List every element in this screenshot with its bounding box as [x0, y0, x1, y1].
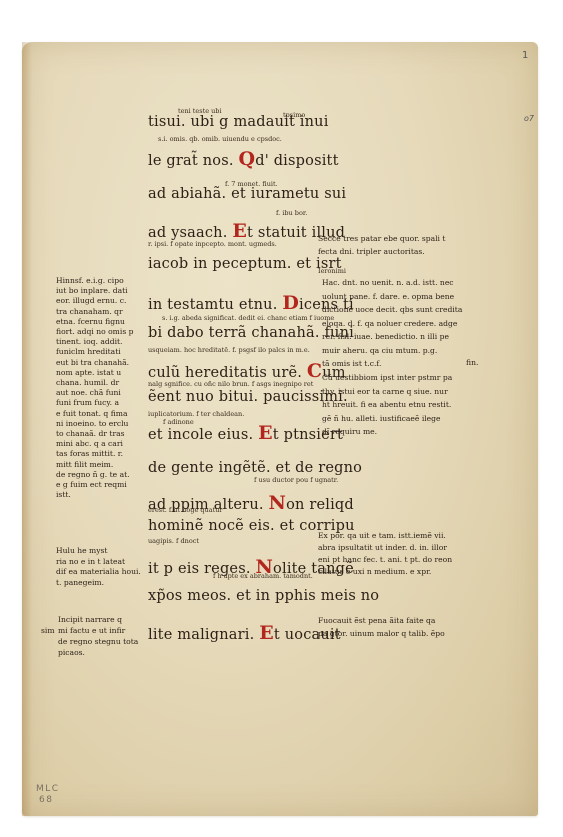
interlinear-gloss: nalg sgnifice. cu oñc nilo brun. f asgs …	[148, 380, 313, 388]
commentary-line: funi frum fucy. a	[56, 398, 134, 408]
commentary-line: tinent. ioq. addit.	[56, 337, 134, 347]
margin-word: fin.	[466, 358, 478, 367]
margin-word: sim	[41, 626, 55, 635]
commentary-line: gẽ ñ hu. alleti. iustificaeẽ ilege	[322, 412, 452, 426]
commentary-block: Hinnsf. e.i.g. cipo iut bo inplare. dati…	[56, 276, 134, 500]
shelfmark-line: MLC	[36, 784, 60, 795]
commentary-line: de regno stegnu tota	[58, 636, 138, 647]
commentary-line: Hinnsf. e.i.g. cipo	[56, 276, 134, 286]
rubricated-initial: E	[259, 622, 274, 644]
commentary-block: Fuocauit ẽst pena ãita faite qa pa gtor.…	[318, 614, 445, 640]
commentary-line: etna. fcernu fignu	[56, 317, 134, 327]
commentary-line: e g fuim ect reqmi	[56, 480, 134, 490]
interlinear-gloss: f usu ductor pou f ugnatr.	[254, 476, 344, 484]
commentary-line: cilatus e uxi n medium. e xpr.	[318, 566, 452, 578]
rubricated-initial: E	[232, 220, 247, 242]
commentary-line: mitt filit meim.	[56, 460, 134, 470]
commentary-line: fecta dni. tripler auctoritas.	[318, 245, 445, 258]
commentary-line: t. panegeim.	[56, 578, 141, 589]
interlinear-gloss: iuplicatorium. f ter chaldean.	[148, 410, 244, 418]
text-line: xp̃os meos. et in pphis meis no	[148, 588, 379, 604]
interlinear-gloss: usqueiam. hoc hreditatē. f. psgsf ilo pa…	[148, 346, 338, 354]
commentary-line: eut bi tra chanahã.	[56, 358, 134, 368]
shelfmark: MLC 68	[36, 784, 60, 806]
interlinear-gloss: s.i. omis. qb. omib. uiuendu e cpsdoc.	[158, 135, 282, 143]
interlinear-gloss: s. i.g. abeda significat. dedit ei. chan…	[162, 314, 334, 322]
text-segment: le grat̃ nos.	[148, 153, 238, 169]
text-line: et incole eius. Et ptnsiert	[148, 422, 343, 444]
commentary-line: Hac. dnt. no uenit. n. a.d. istt. nec	[322, 276, 462, 290]
interlinear-gloss: f. ibu bor.	[276, 209, 307, 217]
interlinear-gloss: erest. f ut noge quatur	[148, 506, 223, 514]
commentary-line: nom apte. istat u	[56, 368, 134, 378]
text-line: ad ysaach. Et statuit illud	[148, 220, 345, 242]
shelfmark-line: 68	[36, 795, 60, 806]
text-line: lite malignari. Et uocauit	[148, 622, 341, 644]
commentary-line: istt.	[56, 490, 134, 500]
commentary-block: Hac. dnt. no uenit. n. a.d. istt. nec uo…	[322, 276, 462, 371]
commentary-line: ni inoeino. to erclu	[56, 419, 134, 429]
text-segment: on reliqd	[286, 497, 354, 513]
commentary-line: ria no e in t lateat	[56, 557, 141, 568]
commentary-line: abra ipsultatit ut inder. d. in. illor	[318, 542, 452, 554]
commentary-line: Incipit narrare q	[58, 614, 138, 625]
commentary-line: e fuit tonat. q fima	[56, 409, 134, 419]
commentary-line: mini abc. q a cari	[56, 439, 134, 449]
rubricated-initial: C	[307, 360, 322, 382]
commentary-block: Hulu he myst ria no e in t lateat dif ea…	[56, 546, 141, 588]
commentary-line: dif ea materialia houi.	[56, 567, 141, 578]
commentary-line: rer. fisl. iuae. benedictio. n illi pe	[322, 330, 462, 344]
text-segment: in testamtu etnu.	[148, 297, 282, 313]
commentary-block: Secce tres patar ebe quor. spali t fecta…	[318, 232, 445, 258]
text-segment: culũ hereditatis urẽ.	[148, 365, 307, 381]
interlinear-gloss: f h apte ex abraham. tamodnt.	[213, 572, 313, 580]
commentary-line: Hulu he myst	[56, 546, 141, 557]
commentary-block: Incipit narrare q mi factu e ut infir de…	[58, 614, 138, 658]
text-line: ad abiahã. et iurametu sui	[148, 186, 346, 202]
commentary-block: Ex por. qa uit e tam. istt.iemẽ vii. abr…	[318, 530, 452, 578]
commentary-line: pa gtor. uinum malor q talib. ẽpo	[318, 627, 445, 640]
commentary-line: chana. humil. dr	[56, 378, 134, 388]
rubricated-initial: D	[282, 292, 299, 314]
commentary-line: Secce tres patar ebe quor. spali t	[318, 232, 445, 245]
commentary-label: Ieronimi	[318, 267, 346, 275]
commentary-line: ht hreuit. fi ea abentu etnu restit.	[322, 398, 452, 412]
rubricated-initial: E	[258, 422, 273, 444]
commentary-line: iut bo inplare. dati	[56, 286, 134, 296]
commentary-line: dictionẽ uoce decit. qbs sunt credita	[322, 303, 462, 317]
commentary-line: eloqa. d. f. qa noluer credere. adge	[322, 317, 462, 331]
interlinear-gloss: r. ipsi. f opate inpcepto. mont. ugmeds.	[148, 240, 277, 248]
commentary-line: thy. istui eor ta carne q siue. nur	[322, 385, 452, 399]
commentary-line: de regno ñ g. te at.	[56, 470, 134, 480]
text-line: le grat̃ nos. Qd' dispositt	[148, 148, 339, 170]
text-line: ẽent nuo bitui. paucissimi.	[148, 389, 348, 405]
commentary-line: eni pt hanc fec. t. ani. t pt. do reon	[318, 554, 452, 566]
commentary-line: dĩ requiru me.	[322, 425, 452, 439]
rubricated-initial: N	[268, 492, 286, 514]
text-segment: d' dispositt	[255, 153, 338, 169]
commentary-line: Ex por. qa uit e tam. istt.iemẽ vii.	[318, 530, 452, 542]
text-segment: et incole eius.	[148, 427, 258, 443]
commentary-line: picaos.	[58, 647, 138, 658]
text-line: de gente ingẽtẽ. et de regno	[148, 460, 362, 476]
text-segment: ad ysaach.	[148, 225, 232, 241]
interlinear-gloss: uagipis. f dnoct	[148, 537, 199, 545]
commentary-line: tra chanaham. qr	[56, 307, 134, 317]
commentary-block: Cũ uestibbiom ipst inter pstmr pa thy. i…	[322, 371, 452, 439]
commentary-line: uolunt pane. f. dare. e. opma bene	[322, 290, 462, 304]
rubricated-initial: Q	[238, 148, 255, 170]
text-line: iacob in peceptum. et isrt	[148, 256, 342, 272]
commentary-line: Fuocauit ẽst pena ãita faite qa	[318, 614, 445, 627]
text-segment: lite malignari.	[148, 627, 259, 643]
commentary-line: Cũ uestibbiom ipst inter pstmr pa	[322, 371, 452, 385]
folio-number: 1	[522, 50, 528, 61]
commentary-line: muir aheru. qa ciu mtum. p.g.	[322, 344, 462, 358]
margin-mark: o7	[524, 114, 534, 123]
commentary-line: tã omis ist t.c.f.	[322, 357, 462, 371]
commentary-line: aut noe. chã funi	[56, 388, 134, 398]
commentary-line: eor. illugd ernu. c.	[56, 296, 134, 306]
commentary-line: fiort. adqi no omis p	[56, 327, 134, 337]
commentary-line: mi factu e ut infir	[58, 625, 138, 636]
text-line: culũ hereditatis urẽ. Cum	[148, 360, 346, 382]
text-line: tisui. ubi g madauit inui	[148, 114, 329, 130]
commentary-line: funiclm hreditati	[56, 347, 134, 357]
commentary-line: to chanaã. dr tras	[56, 429, 134, 439]
commentary-line: tas foras mittit. r.	[56, 449, 134, 459]
